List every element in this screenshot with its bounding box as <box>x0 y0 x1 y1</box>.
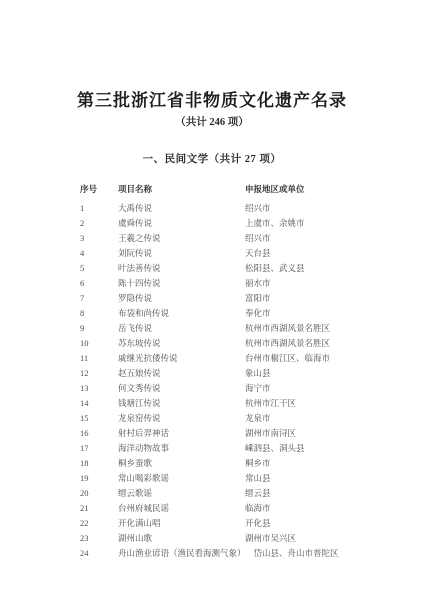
row-region: 湖州市南浔区 <box>245 426 296 441</box>
row-seq: 23 <box>80 531 118 546</box>
row-seq: 20 <box>80 486 118 501</box>
row-region: 丽水市 <box>245 276 271 291</box>
table-row: 11 戚继光抗倭传说 台州市椒江区、临海市 <box>80 351 404 366</box>
row-region: 杭州市西湖风景名胜区 <box>245 336 330 351</box>
row-region: 天台县 <box>245 246 271 261</box>
row-name: 常山喝彩歌谣 <box>118 471 245 486</box>
row-seq: 5 <box>80 261 118 276</box>
row-name: 大禹传说 <box>118 201 245 216</box>
row-name: 虞舜传说 <box>118 216 245 231</box>
row-seq: 1 <box>80 201 118 216</box>
table-row: 16 射村后羿神话 湖州市南浔区 <box>80 426 404 441</box>
row-seq: 22 <box>80 516 118 531</box>
table-row: 14 钱塘江传说 杭州市江干区 <box>80 396 404 411</box>
table-row: 20 缙云歌谣 缙云县 <box>80 486 404 501</box>
page-subtitle: （共计 246 项） <box>0 114 424 129</box>
column-header-name: 项目名称 <box>118 182 245 196</box>
row-region: 临海市 <box>245 501 271 516</box>
row-region: 绍兴市 <box>245 201 271 216</box>
row-name: 何文秀传说 <box>118 381 245 396</box>
table-body: 1 大禹传说 绍兴市 2 虞舜传说 上虞市、余姚市 3 王羲之传说 绍兴市 4 … <box>80 201 404 561</box>
table-row: 13 何文秀传说 海宁市 <box>80 381 404 396</box>
row-seq: 15 <box>80 411 118 426</box>
row-seq: 7 <box>80 291 118 306</box>
table-row: 17 海洋动物故事 嵊泗县、洞头县 <box>80 441 404 456</box>
table-row: 21 台州府城民谣 临海市 <box>80 501 404 516</box>
table-row: 19 常山喝彩歌谣 常山县 <box>80 471 404 486</box>
table-row: 7 罗隐传说 富阳市 <box>80 291 404 306</box>
row-region: 龙泉市 <box>245 411 271 426</box>
row-name: 射村后羿神话 <box>118 426 245 441</box>
row-seq: 19 <box>80 471 118 486</box>
table-row: 9 岳飞传说 杭州市西湖风景名胜区 <box>80 321 404 336</box>
row-region: 杭州市江干区 <box>245 396 296 411</box>
row-name: 叶法善传说 <box>118 261 245 276</box>
heritage-table: 序号 项目名称 申报地区或单位 1 大禹传说 绍兴市 2 虞舜传说 上虞市、余姚… <box>80 182 404 561</box>
row-name: 湖州山歌 <box>118 531 245 546</box>
row-name: 罗隐传说 <box>118 291 245 306</box>
row-name: 赵五娘传说 <box>118 366 245 381</box>
row-region: 杭州市西湖风景名胜区 <box>245 321 330 336</box>
table-row: 6 陈十四传说 丽水市 <box>80 276 404 291</box>
table-row: 18 桐乡蚕歌 桐乡市 <box>80 456 404 471</box>
row-name: 陈十四传说 <box>118 276 245 291</box>
row-name: 龙泉窑传说 <box>118 411 245 426</box>
row-region: 富阳市 <box>245 291 271 306</box>
table-row: 5 叶法善传说 松阳县、武义县 <box>80 261 404 276</box>
row-seq: 8 <box>80 306 118 321</box>
table-row: 24 舟山渔业谚语（渔民看海测气象） 岱山县、舟山市普陀区 <box>80 546 404 561</box>
row-region: 松阳县、武义县 <box>245 261 305 276</box>
row-seq: 18 <box>80 456 118 471</box>
page-title: 第三批浙江省非物质文化遗产名录 <box>0 86 424 111</box>
row-seq: 4 <box>80 246 118 261</box>
row-seq: 16 <box>80 426 118 441</box>
row-seq: 24 <box>80 546 118 561</box>
row-region: 嵊泗县、洞头县 <box>245 441 305 456</box>
column-header-region: 申报地区或单位 <box>245 182 305 196</box>
row-seq: 13 <box>80 381 118 396</box>
table-row: 10 苏东坡传说 杭州市西湖风景名胜区 <box>80 336 404 351</box>
row-name: 布袋和尚传说 <box>118 306 245 321</box>
row-seq: 6 <box>80 276 118 291</box>
row-region: 桐乡市 <box>245 456 271 471</box>
row-region: 上虞市、余姚市 <box>245 216 305 231</box>
table-header-row: 序号 项目名称 申报地区或单位 <box>80 182 404 201</box>
row-region: 台州市椒江区、临海市 <box>245 351 330 366</box>
table-row: 4 刘阮传说 天台县 <box>80 246 404 261</box>
table-row: 22 开化满山唱 开化县 <box>80 516 404 531</box>
row-seq: 10 <box>80 336 118 351</box>
table-row: 12 赵五娘传说 象山县 <box>80 366 404 381</box>
row-region: 绍兴市 <box>245 231 271 246</box>
row-name: 桐乡蚕歌 <box>118 456 245 471</box>
table-row: 15 龙泉窑传说 龙泉市 <box>80 411 404 426</box>
row-region: 海宁市 <box>245 381 271 396</box>
row-region: 象山县 <box>245 366 271 381</box>
row-seq: 2 <box>80 216 118 231</box>
row-region: 湖州市吴兴区 <box>245 531 296 546</box>
table-row: 23 湖州山歌 湖州市吴兴区 <box>80 531 404 546</box>
row-region: 常山县 <box>245 471 271 486</box>
row-name: 台州府城民谣 <box>118 501 245 516</box>
row-region: 岱山县、舟山市普陀区 <box>254 546 339 561</box>
table-row: 8 布袋和尚传说 奉化市 <box>80 306 404 321</box>
row-name: 戚继光抗倭传说 <box>118 351 245 366</box>
row-name: 苏东坡传说 <box>118 336 245 351</box>
row-name: 缙云歌谣 <box>118 486 245 501</box>
row-seq: 11 <box>80 351 118 366</box>
row-name: 舟山渔业谚语（渔民看海测气象） <box>118 546 254 561</box>
row-seq: 12 <box>80 366 118 381</box>
row-seq: 9 <box>80 321 118 336</box>
row-seq: 17 <box>80 441 118 456</box>
row-name: 王羲之传说 <box>118 231 245 246</box>
row-name: 开化满山唱 <box>118 516 245 531</box>
row-region: 缙云县 <box>245 486 271 501</box>
column-header-seq: 序号 <box>80 182 118 196</box>
row-region: 开化县 <box>245 516 271 531</box>
table-row: 2 虞舜传说 上虞市、余姚市 <box>80 216 404 231</box>
table-row: 3 王羲之传说 绍兴市 <box>80 231 404 246</box>
row-name: 钱塘江传说 <box>118 396 245 411</box>
document-page: 第三批浙江省非物质文化遗产名录 （共计 246 项） 一、民间文学（共计 27 … <box>0 0 424 600</box>
table-row: 1 大禹传说 绍兴市 <box>80 201 404 216</box>
row-seq: 14 <box>80 396 118 411</box>
row-name: 海洋动物故事 <box>118 441 245 456</box>
row-seq: 21 <box>80 501 118 516</box>
row-region: 奉化市 <box>245 306 271 321</box>
row-name: 刘阮传说 <box>118 246 245 261</box>
row-seq: 3 <box>80 231 118 246</box>
row-name: 岳飞传说 <box>118 321 245 336</box>
section-heading: 一、民间文学（共计 27 项） <box>0 151 424 166</box>
